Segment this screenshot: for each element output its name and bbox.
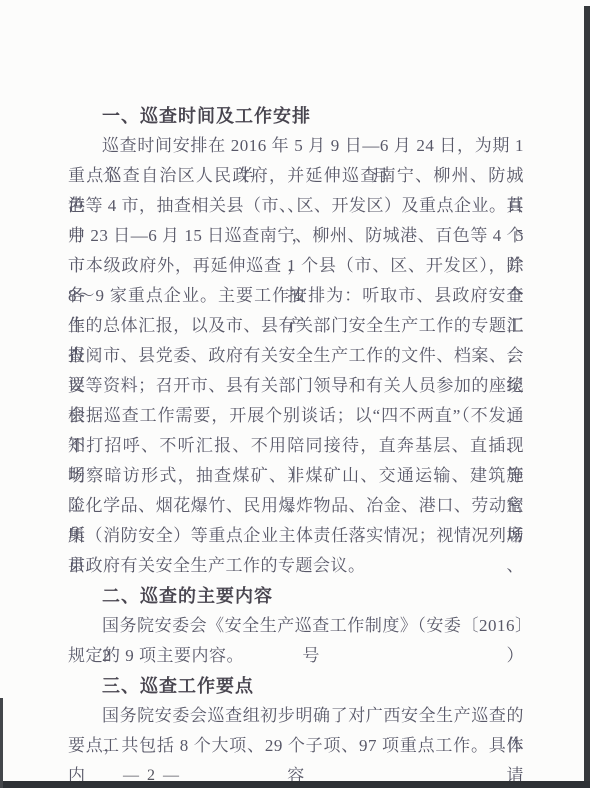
body-line: 查阅市、县党委、政府有关安全生产工作的文件、档案、会议纪 bbox=[68, 341, 524, 371]
body-line: 色等 4 市，抽查相关县（市、区、开发区）及重点企业。其中，5 bbox=[68, 191, 524, 221]
body-line: 要等资料；召开市、县有关部门领导和有关人员参加的座谈会； bbox=[68, 371, 524, 401]
body-line: 8～9 家重点企业。主要工作安排为：听取市、县政府安全生产工 bbox=[68, 281, 524, 311]
body-line: 根据巡查工作需要，开展个别谈话；以“四不两直”（不发通知、 bbox=[68, 401, 524, 431]
section-heading-3: 三、巡查工作要点 bbox=[68, 671, 524, 701]
body-line: 险化学品、烟花爆竹、民用爆炸物品、冶金、港口、劳动密集场 bbox=[68, 491, 524, 521]
body-line: 重点巡查自治区人民政府，并延伸巡查南宁、柳州、防城港、百 bbox=[68, 161, 524, 191]
scan-edge-bottom bbox=[0, 781, 590, 788]
scan-edge-right bbox=[584, 6, 590, 788]
scan-edge-left-bottom bbox=[0, 698, 3, 788]
body-line: 作的总体汇报，以及市、县有关部门安全生产工作的专题汇报； bbox=[68, 311, 524, 341]
body-line: 国务院安委会《安全生产巡查工作制度》（安委〔2016〕2 号） bbox=[68, 611, 524, 641]
body-line: 要点，共包括 8 个大项、29 个子项、97 项重点工作。具体内容请 bbox=[68, 731, 524, 761]
document-page: 一、巡查时间及工作安排 巡查时间安排在 2016 年 5 月 9 日—6 月 2… bbox=[0, 0, 590, 788]
section-heading-2: 二、巡查的主要内容 bbox=[68, 581, 524, 611]
body-line: 所（消防安全）等重点企业主体责任落实情况；视情况列席市、 bbox=[68, 521, 524, 551]
body-line: 巡查时间安排在 2016 年 5 月 9 日—6 月 24 日，为期 1 个半月… bbox=[68, 131, 524, 161]
body-line: 市本级政府外，再延伸巡查 1 个县（市、区、开发区），并各抽查 bbox=[68, 251, 524, 281]
body-line: 不打招呼、不听汇报、不用陪同接待，直奔基层、直插现场）等 bbox=[68, 431, 524, 461]
body-line: 明察暗访形式，抽查煤矿、非煤矿山、交通运输、建筑施工、危 bbox=[68, 461, 524, 491]
body-line: 月 23 日—6 月 15 日巡查南宁、柳州、防城港、百色等 4 个市，除 bbox=[68, 221, 524, 251]
section-heading-1: 一、巡查时间及工作安排 bbox=[68, 101, 524, 131]
body-line: 国务院安委会巡查组初步明确了对广西安全生产巡查的工作 bbox=[68, 701, 524, 731]
document-content: 一、巡查时间及工作安排 巡查时间安排在 2016 年 5 月 9 日—6 月 2… bbox=[68, 101, 524, 761]
